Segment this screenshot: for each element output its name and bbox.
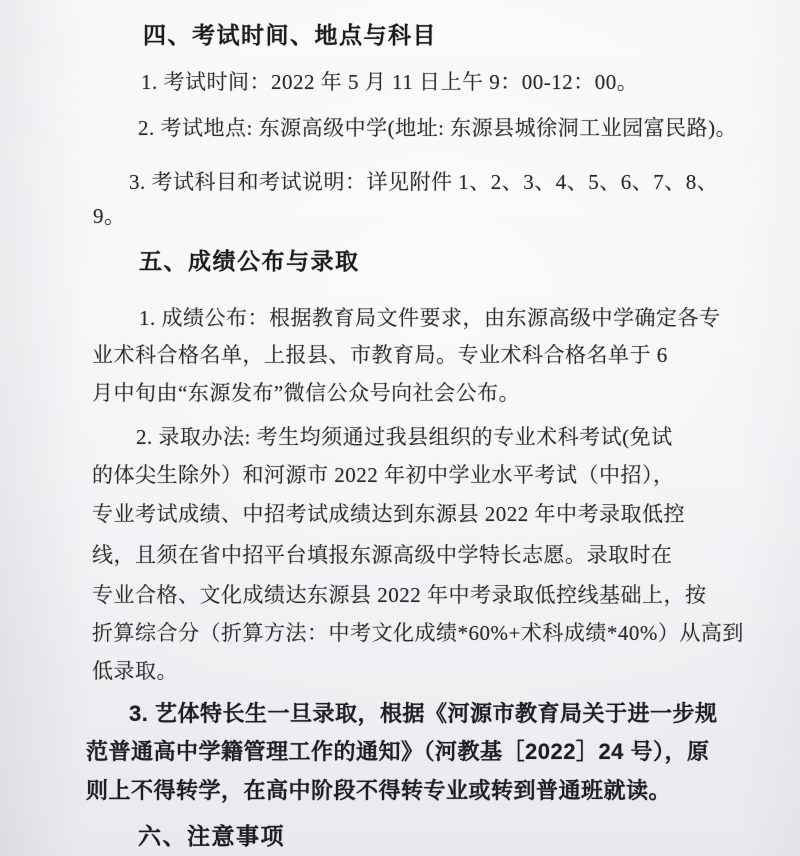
heading-section-4-exam-time-place-subjects: 四、考试时间、地点与科目 <box>143 21 437 49</box>
line-exam-location: 2. 考试地点: 东源高级中学(地址: 东源县城徐洞工业园富民路)。 <box>138 114 737 142</box>
line-exam-subjects-cont: 9。 <box>93 202 126 230</box>
line-admission-method-cont6: 低录取。 <box>92 657 178 685</box>
line-admission-method-cont2: 专业考试成绩、中招考试成绩达到东源县 2022 年中考录取低控 <box>92 500 685 528</box>
line-admission-method-cont3: 线，且须在省中招平台填报东源高级中学特长志愿。录取时在 <box>92 541 673 569</box>
line-admission-method-cont1: 的体尖生除外）和河源市 2022 年初中学业水平考试（中招）， <box>92 461 675 489</box>
line-exam-time: 1. 考试时间：2022 年 5 月 11 日上午 9：00-12：00。 <box>141 68 638 96</box>
line-score-announcement: 1. 成绩公布：根据教育局文件要求，由东源高级中学确定各专 <box>139 304 721 332</box>
line-score-announcement-cont2: 月中旬由“东源发布”微信公众号向社会公布。 <box>92 379 520 407</box>
line-transfer-policy-cont1: 范普通高中学籍管理工作的通知》（河教基［2022］24 号），原 <box>86 738 710 766</box>
line-exam-subjects: 3. 考试科目和考试说明：详见附件 1、2、3、4、5、6、7、8、 <box>129 168 718 196</box>
line-admission-method-cont5: 折算综合分（折算方法：中考文化成绩*60%+术科成绩*40%）从高到 <box>92 619 744 647</box>
line-admission-method-cont4: 专业合格、文化成绩达东源县 2022 年中考录取低控线基础上，按 <box>92 581 707 609</box>
heading-section-5-results-admission: 五、成绩公布与录取 <box>139 247 360 275</box>
heading-section-6-notes: 六、注意事项 <box>138 822 285 850</box>
scanned-document-page: 四、考试时间、地点与科目 1. 考试时间：2022 年 5 月 11 日上午 9… <box>0 0 800 856</box>
line-transfer-policy: 3. 艺体特长生一旦录取，根据《河源市教育局关于进一步规 <box>129 700 717 728</box>
line-score-announcement-cont1: 业术科合格名单，上报县、市教育局。专业术科合格名单于 6 <box>92 341 668 369</box>
line-admission-method: 2. 录取办法: 考生均须通过我县组织的专业术科考试(免试 <box>136 423 673 451</box>
line-transfer-policy-cont2: 则上不得转学，在高中阶段不得转专业或转到普通班就读。 <box>86 777 671 805</box>
